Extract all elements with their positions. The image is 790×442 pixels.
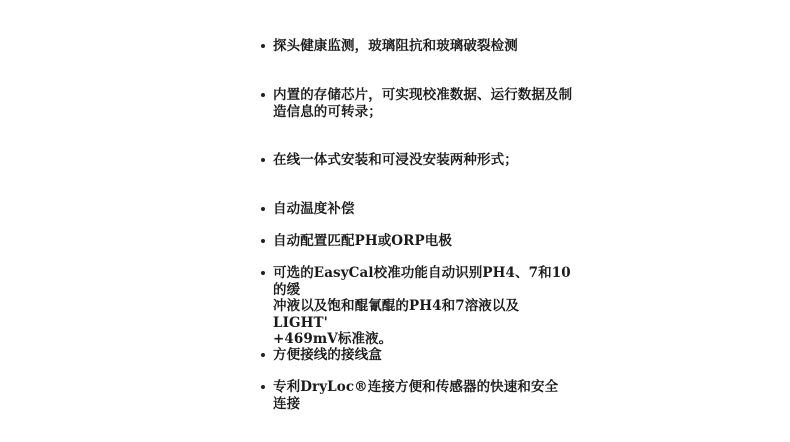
- feature-text: 内置的存储芯片，可实现校准数据、运行数据及制 造信息的可转录；: [273, 87, 573, 120]
- feature-item-dryloc: 专利DryLoc®连接方便和传感器的快速和安全 连接: [273, 379, 573, 412]
- feature-item-temperature-compensation: 自动温度补偿: [273, 201, 573, 218]
- bullet-icon: [261, 239, 265, 243]
- bullet-icon: [261, 44, 265, 48]
- feature-text: 探头健康监测，玻璃阻抗和玻璃破裂检测: [273, 38, 573, 55]
- bullet-icon: [261, 93, 265, 97]
- feature-list: 探头健康监测，玻璃阻抗和玻璃破裂检测 内置的存储芯片，可实现校准数据、运行数据及…: [0, 0, 790, 442]
- feature-item-probe-health: 探头健康监测，玻璃阻抗和玻璃破裂检测: [273, 38, 573, 55]
- bullet-icon: [261, 385, 265, 389]
- feature-text: 可选的EasyCal校准功能自动识别PH4、7和10的缓 冲液以及饱和醌氰醌的P…: [273, 265, 573, 348]
- feature-text: 专利DryLoc®连接方便和传感器的快速和安全 连接: [273, 379, 573, 412]
- bullet-icon: [261, 271, 265, 275]
- feature-text: 在线一体式安装和可浸没安装两种形式；: [273, 152, 573, 169]
- bullet-icon: [261, 207, 265, 211]
- bullet-icon: [261, 158, 265, 162]
- feature-text: 方便接线的接线盒: [273, 347, 573, 364]
- feature-item-junction-box: 方便接线的接线盒: [273, 347, 573, 364]
- feature-item-easycal: 可选的EasyCal校准功能自动识别PH4、7和10的缓 冲液以及饱和醌氰醌的P…: [273, 265, 573, 348]
- feature-item-auto-config: 自动配置匹配PH或ORP电极: [273, 233, 573, 250]
- feature-text: 自动配置匹配PH或ORP电极: [273, 233, 573, 250]
- feature-item-memory-chip: 内置的存储芯片，可实现校准数据、运行数据及制 造信息的可转录；: [273, 87, 573, 120]
- bullet-icon: [261, 353, 265, 357]
- feature-item-installation: 在线一体式安装和可浸没安装两种形式；: [273, 152, 573, 169]
- feature-text: 自动温度补偿: [273, 201, 573, 218]
